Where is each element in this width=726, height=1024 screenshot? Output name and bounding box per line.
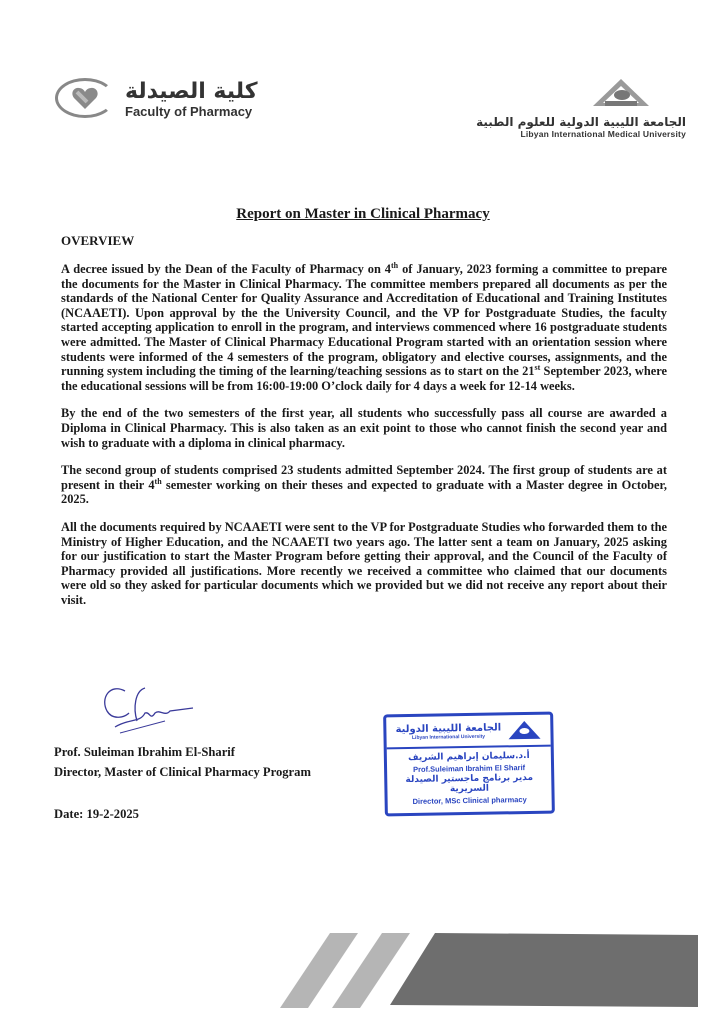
document-date: Date: 19-2-2025: [54, 807, 139, 822]
stamp-title-english: Director, MSc Clinical pharmacy: [388, 795, 552, 807]
signer-name: Prof. Suleiman Ibrahim El-Sharif: [54, 742, 311, 762]
faculty-of-pharmacy-logo: كلية الصيدلة Faculty of Pharmacy: [55, 78, 258, 120]
university-english-name: Libyan International Medical University: [476, 129, 686, 139]
paragraph: All the documents required by NCAAETI we…: [61, 520, 667, 608]
paragraph: The second group of students comprised 2…: [61, 463, 667, 507]
faculty-english-name: Faculty of Pharmacy: [125, 105, 258, 118]
signature-block: Prof. Suleiman Ibrahim El-Sharif Directo…: [54, 742, 311, 782]
stamp-university-english: Libyan International University: [396, 733, 502, 741]
stamp-triangle-icon: [507, 720, 541, 741]
report-body: A decree issued by the Dean of the Facul…: [61, 262, 667, 620]
limu-triangle-icon: [591, 78, 651, 108]
faculty-arabic-name: كلية الصيدلة: [125, 81, 258, 103]
university-arabic-name: الجامعة الليبية الدولية للعلوم الطبية: [476, 115, 686, 129]
stamp-name-arabic: أ.د.سليمان إبراهيم الشريف: [387, 751, 551, 764]
signature: [95, 683, 195, 743]
paragraph: A decree issued by the Dean of the Facul…: [61, 262, 667, 393]
report-title: Report on Master in Clinical Pharmacy: [0, 206, 726, 223]
section-heading: OVERVIEW: [61, 233, 134, 249]
pharmacy-heart-icon: [55, 78, 117, 120]
signer-title: Director, Master of Clinical Pharmacy Pr…: [54, 762, 311, 782]
footer-decorative-band: [280, 930, 700, 1010]
stamp-title-arabic: مدير برنامج ماجستير الصيدلة السريرية: [387, 773, 551, 796]
paragraph: By the end of the two semesters of the f…: [61, 406, 667, 450]
official-stamp: الجامعة الليبية الدولية Libyan Internati…: [383, 712, 555, 817]
university-logo: الجامعة الليبية الدولية للعلوم الطبية Li…: [476, 78, 686, 139]
